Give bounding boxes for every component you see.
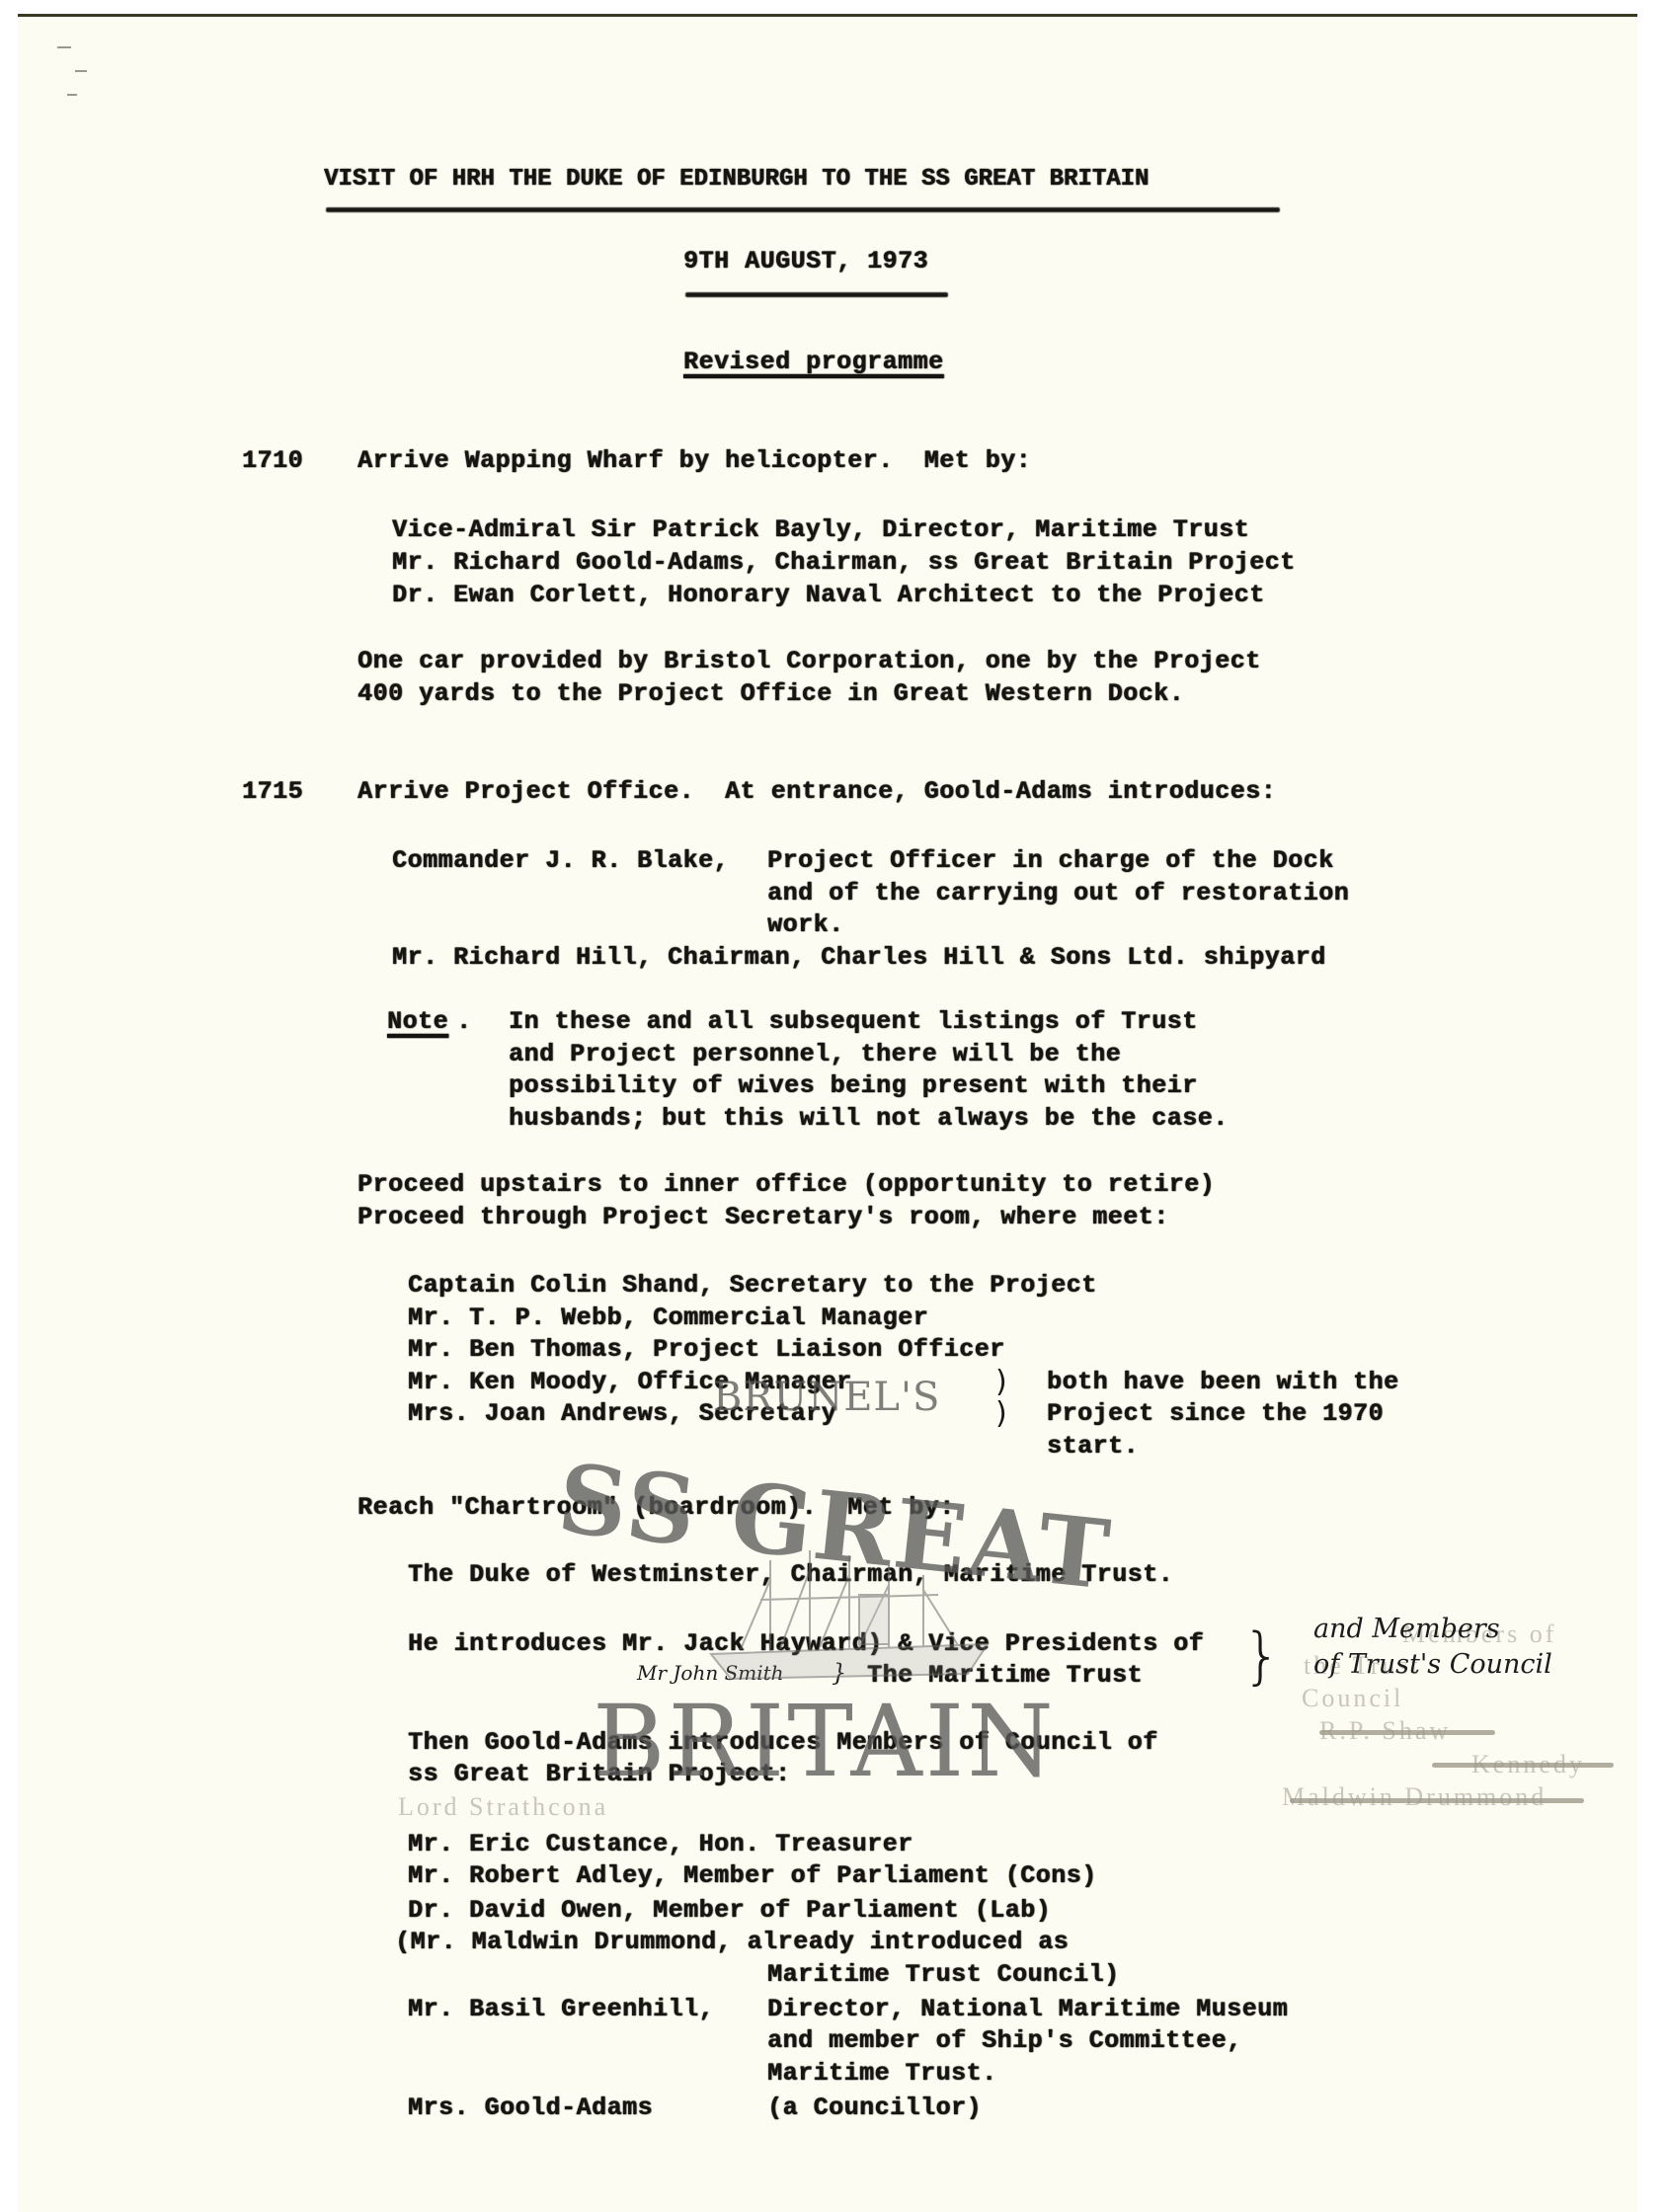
note-line: In these and all subsequent listings of … <box>509 1007 1198 1037</box>
faint-margin-text: Maldwin Drummond <box>1282 1782 1547 1812</box>
person-role: work. <box>767 910 844 940</box>
council-member: Dr. David Owen, Member of Parliament (La… <box>408 1896 1051 1926</box>
faint-name: Lord Strathcona <box>398 1792 608 1822</box>
watermark-brunels: BRUNEL'S <box>713 1375 940 1420</box>
watermark-britain: BRITAIN <box>593 1684 1057 1799</box>
council-member: Mr. Eric Custance, Hon. Treasurer <box>408 1830 913 1859</box>
person-role: and of the carrying out of restoration <box>767 879 1349 908</box>
document-title: VISIT OF HRH THE DUKE OF EDINBURGH TO TH… <box>324 165 1149 195</box>
proceed-line: Proceed upstairs to inner office (opport… <box>357 1170 1215 1200</box>
person: Captain Colin Shand, Secretary to the Pr… <box>408 1271 1097 1301</box>
note-line: and Project personnel, there will be the <box>509 1040 1121 1069</box>
time-1715: 1715 <box>242 777 303 807</box>
bracket-note: start. <box>1047 1432 1139 1461</box>
person: Mr. Richard Hill, Chairman, Charles Hill… <box>392 943 1326 973</box>
handwritten-note: of Trust's Council <box>1313 1649 1552 1680</box>
arrival-heading-1715: Arrive Project Office. At entrance, Gool… <box>357 777 1276 807</box>
strike-through <box>1319 1730 1495 1735</box>
arrival-heading-1710: Arrive Wapping Wharf by helicopter. Met … <box>357 446 1031 476</box>
council-member-role: Maritime Trust Council) <box>767 1960 1120 1990</box>
council-member: (Mr. Maldwin Drummond, already introduce… <box>395 1928 1069 1957</box>
person: Dr. Ewan Corlett, Honorary Naval Archite… <box>392 581 1265 610</box>
note-label: Note <box>387 1007 448 1037</box>
right-brace: ) <box>995 1365 1007 1399</box>
right-brace: ) <box>995 1396 1007 1431</box>
bracket-note: Project since the 1970 <box>1047 1399 1384 1429</box>
ship-icon <box>701 1540 997 1689</box>
transport-note: One car provided by Bristol Corporation,… <box>357 647 1261 676</box>
council-member-role: (a Councillor) <box>767 2093 982 2123</box>
punch-marks <box>57 46 97 106</box>
proceed-line: Proceed through Project Secretary's room… <box>357 1203 1169 1232</box>
right-brace: } <box>1242 1619 1281 1692</box>
date-underline <box>685 292 948 297</box>
person: Mr. Richard Goold-Adams, Chairman, ss Gr… <box>392 548 1296 578</box>
note-line: husbands; but this will not always be th… <box>509 1104 1229 1134</box>
handwritten-note: and Members <box>1313 1614 1500 1644</box>
note-line: possibility of wives being present with … <box>509 1071 1198 1101</box>
person-role: Project Officer in charge of the Dock <box>767 846 1334 876</box>
document-date: 9TH AUGUST, 1973 <box>683 247 928 276</box>
council-member: Mr. Basil Greenhill, <box>408 1995 714 2024</box>
faint-margin-text: Council <box>1302 1684 1403 1713</box>
strike-through <box>1290 1798 1584 1803</box>
person: Mr. T. P. Webb, Commercial Manager <box>408 1303 928 1333</box>
title-underline <box>326 207 1280 212</box>
council-member-role: Director, National Maritime Museum <box>767 1995 1288 2024</box>
council-member-role: Maritime Trust. <box>767 2059 997 2089</box>
council-member-role: and member of Ship's Committee, <box>767 2026 1242 2056</box>
person: Commander J. R. Blake, <box>392 846 729 876</box>
council-member: Mr. Robert Adley, Member of Parliament (… <box>408 1861 1097 1891</box>
bracket-note: both have been with the <box>1047 1368 1399 1397</box>
transport-note: 400 yards to the Project Office in Great… <box>357 679 1184 709</box>
person: Mr. Ben Thomas, Project Liaison Officer <box>408 1335 1005 1365</box>
document-subtitle: Revised programme <box>683 348 944 377</box>
council-member: Mrs. Goold-Adams <box>408 2093 653 2123</box>
person: Vice-Admiral Sir Patrick Bayly, Director… <box>392 515 1249 545</box>
note-dot: . <box>456 1007 472 1037</box>
strike-through <box>1432 1763 1614 1768</box>
time-1710: 1710 <box>242 446 303 476</box>
